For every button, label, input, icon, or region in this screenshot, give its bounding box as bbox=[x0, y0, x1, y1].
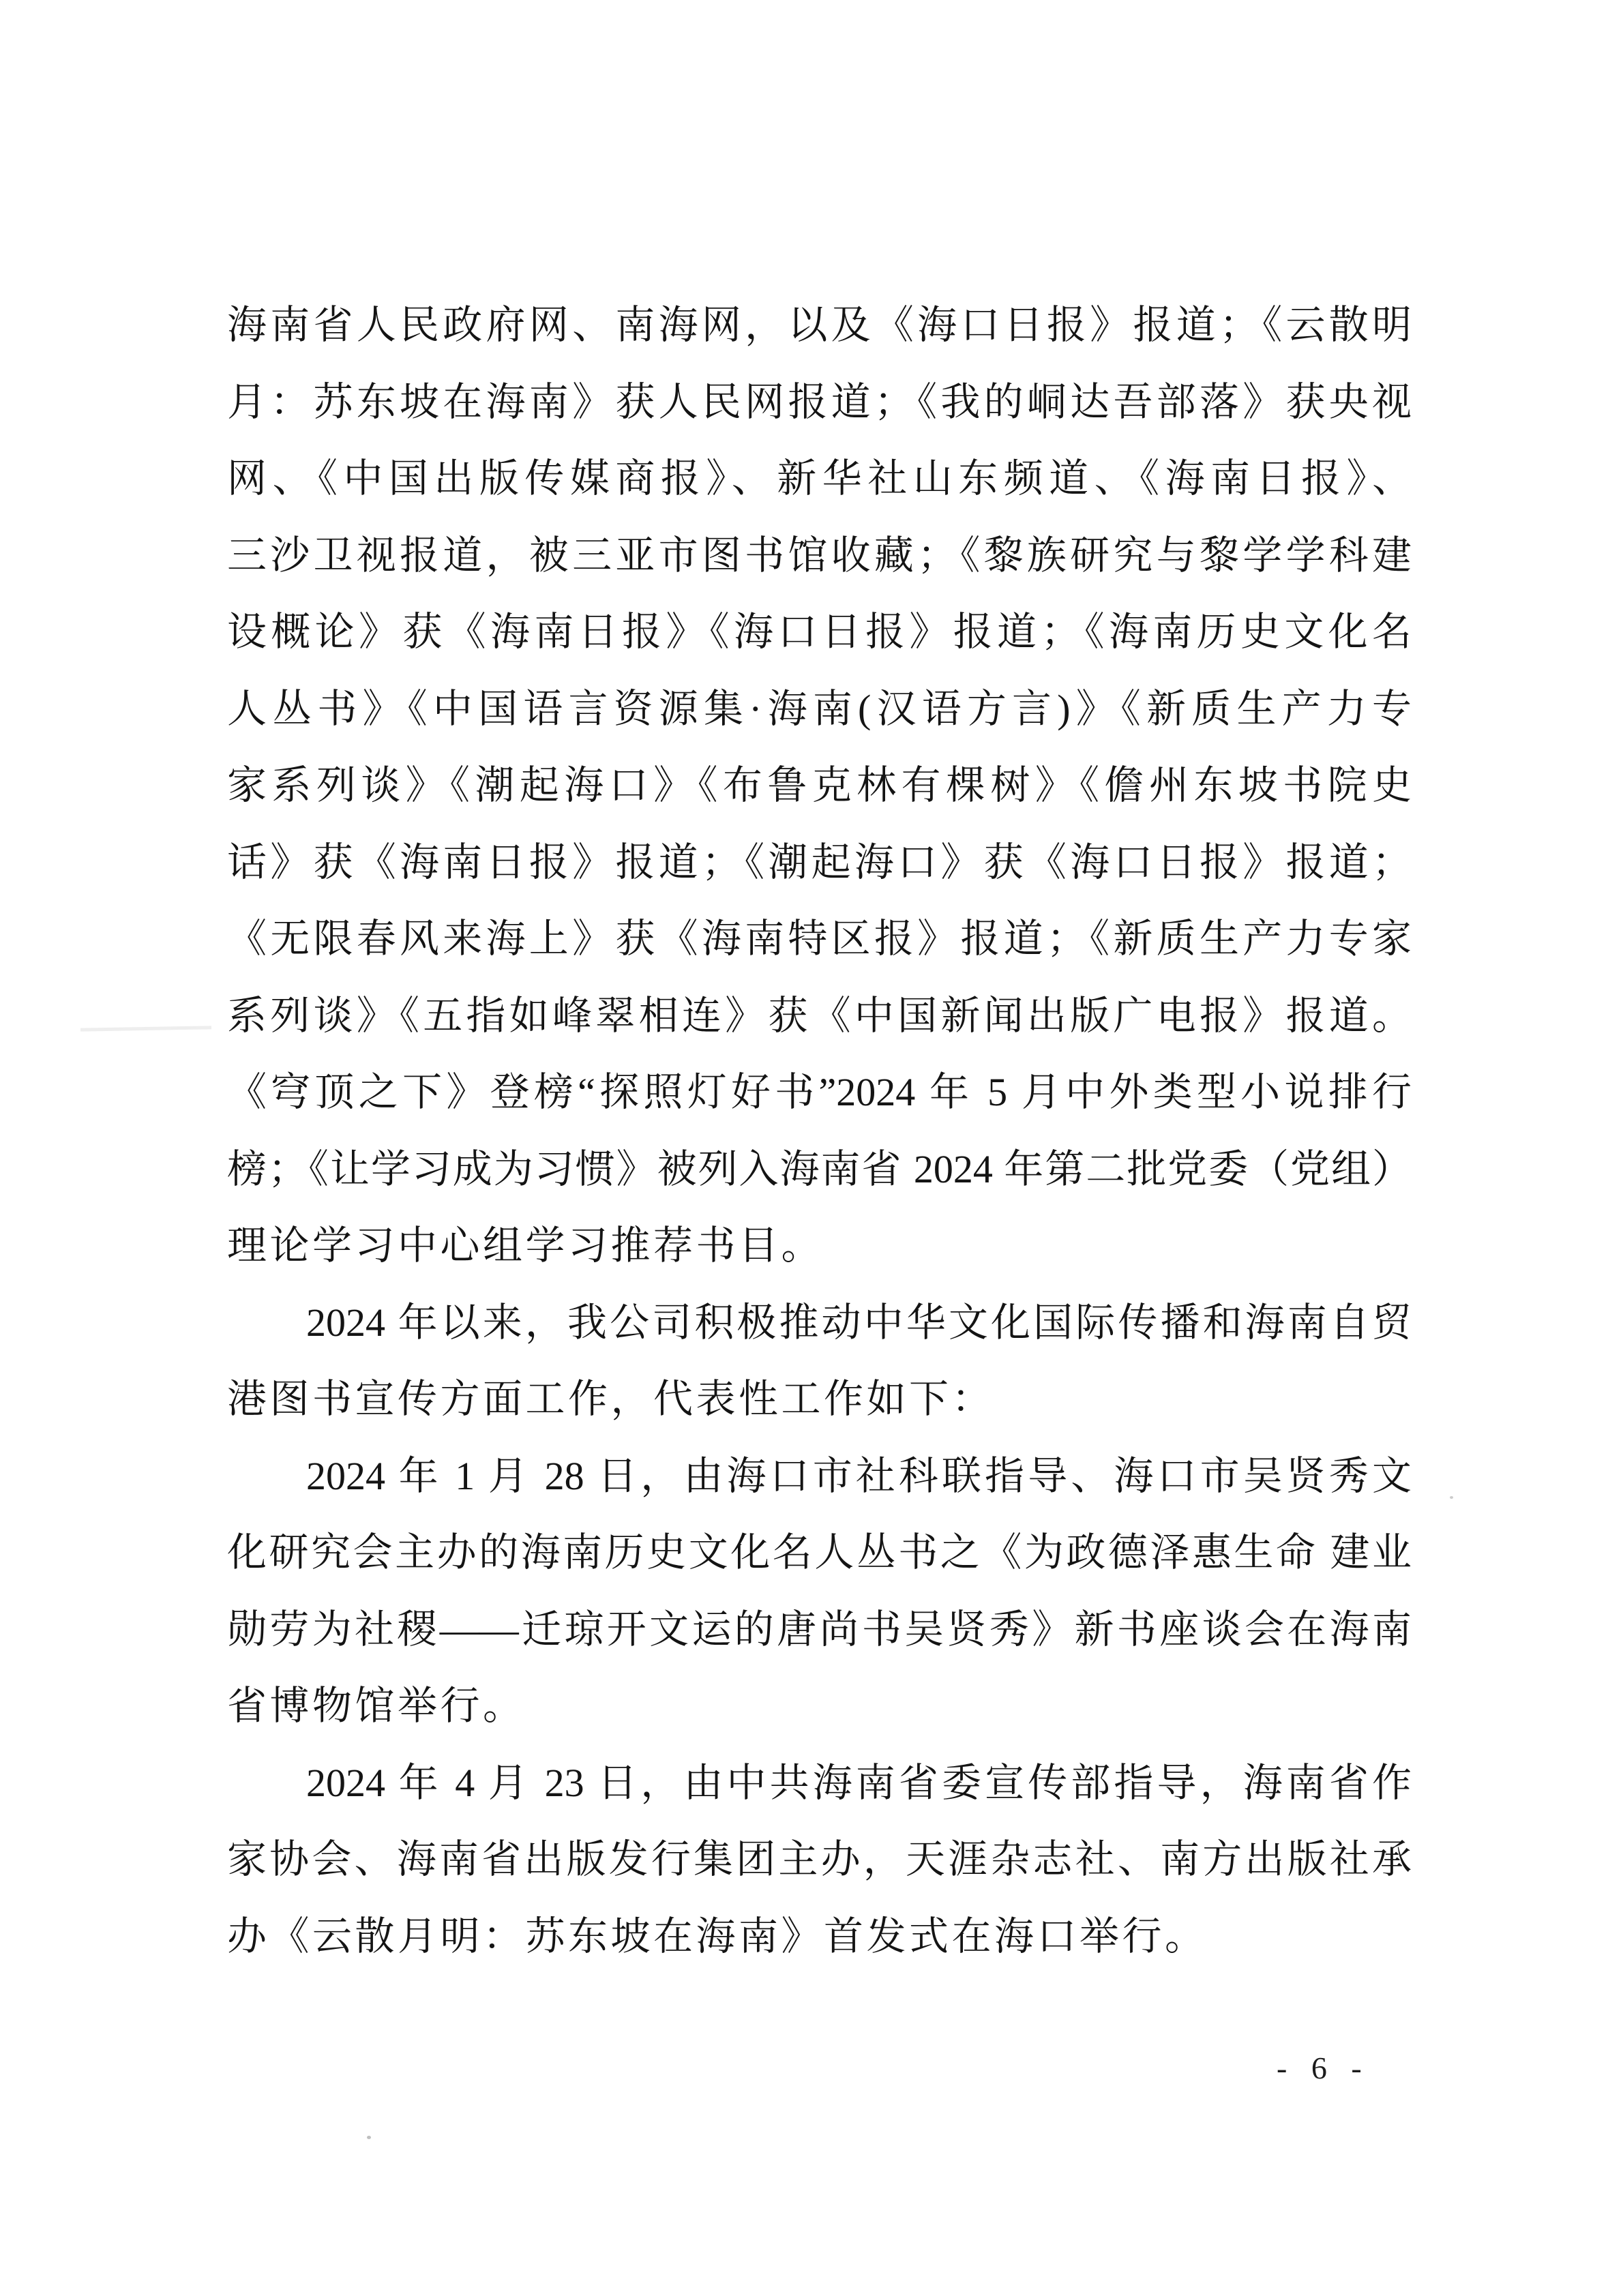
text-line: 化研究会主办的海南历史文化名人丛书之《为政德泽惠生命 建业 bbox=[227, 1515, 1412, 1592]
text-line: 勋劳为社稷——迁琼开文运的唐尚书吴贤秀》新书座谈会在海南 bbox=[227, 1592, 1412, 1669]
text-line: 网、《中国出版传媒商报》、新华社山东频道、《海南日报》、 bbox=[227, 441, 1412, 518]
text-line: 人丛书》《中国语言资源集·海南(汉语方言)》《新质生产力专 bbox=[227, 671, 1412, 748]
text-line: 系列谈》《五指如峰翠相连》获《中国新闻出版广电报》报道。 bbox=[227, 978, 1412, 1055]
text-line paragraph-end: 办《云散月明：苏东坡在海南》首发式在海口举行。 bbox=[227, 1898, 1412, 1976]
scan-artifact bbox=[1450, 1496, 1453, 1499]
text-line paragraph-end: 港图书宣传方面工作，代表性工作如下： bbox=[227, 1361, 1412, 1438]
text-line: 三沙卫视报道，被三亚市图书馆收藏；《黎族研究与黎学学科建 bbox=[227, 518, 1412, 595]
document-body: 海南省人民政府网、南海网，以及《海口日报》报道；《云散明 月：苏东坡在海南》获人… bbox=[227, 287, 1412, 1975]
text-line: 海南省人民政府网、南海网，以及《海口日报》报道；《云散明 bbox=[227, 287, 1412, 364]
text-line: 榜；《让学习成为习惯》被列入海南省 2024 年第二批党委（党组） bbox=[227, 1131, 1412, 1208]
scan-artifact bbox=[367, 2136, 371, 2139]
text-line: 话》获《海南日报》报道；《潮起海口》获《海口日报》报道； bbox=[227, 824, 1412, 901]
text-line: 家协会、海南省出版发行集团主办，天涯杂志社、南方出版社承 bbox=[227, 1821, 1412, 1898]
text-line paragraph-start: 2024 年 4 月 23 日，由中共海南省委宣传部指导，海南省作 bbox=[227, 1745, 1412, 1822]
text-line: 设概论》获《海南日报》《海口日报》报道；《海南历史文化名 bbox=[227, 594, 1412, 671]
text-line: 家系列谈》《潮起海口》《布鲁克林有棵树》《儋州东坡书院史 bbox=[227, 747, 1412, 824]
page-number: - 6 - bbox=[1277, 2047, 1370, 2089]
text-line paragraph-end: 理论学习中心组学习推荐书目。 bbox=[227, 1208, 1412, 1285]
text-line paragraph-end: 省博物馆举行。 bbox=[227, 1668, 1412, 1745]
text-line: 月：苏东坡在海南》获人民网报道；《我的峒达吾部落》获央视 bbox=[227, 364, 1412, 441]
document-page: 海南省人民政府网、南海网，以及《海口日报》报道；《云散明 月：苏东坡在海南》获人… bbox=[0, 0, 1623, 2296]
text-line paragraph-start: 2024 年以来，我公司积极推动中华文化国际传播和海南自贸 bbox=[227, 1285, 1412, 1362]
text-line paragraph-start: 2024 年 1 月 28 日，由海口市社科联指导、海口市吴贤秀文 bbox=[227, 1438, 1412, 1515]
scan-artifact bbox=[80, 1026, 211, 1031]
text-line: 《无限春风来海上》获《海南特区报》报道；《新质生产力专家 bbox=[227, 901, 1412, 978]
text-line: 《穹顶之下》登榜“探照灯好书”2024 年 5 月中外类型小说排行 bbox=[227, 1054, 1412, 1131]
